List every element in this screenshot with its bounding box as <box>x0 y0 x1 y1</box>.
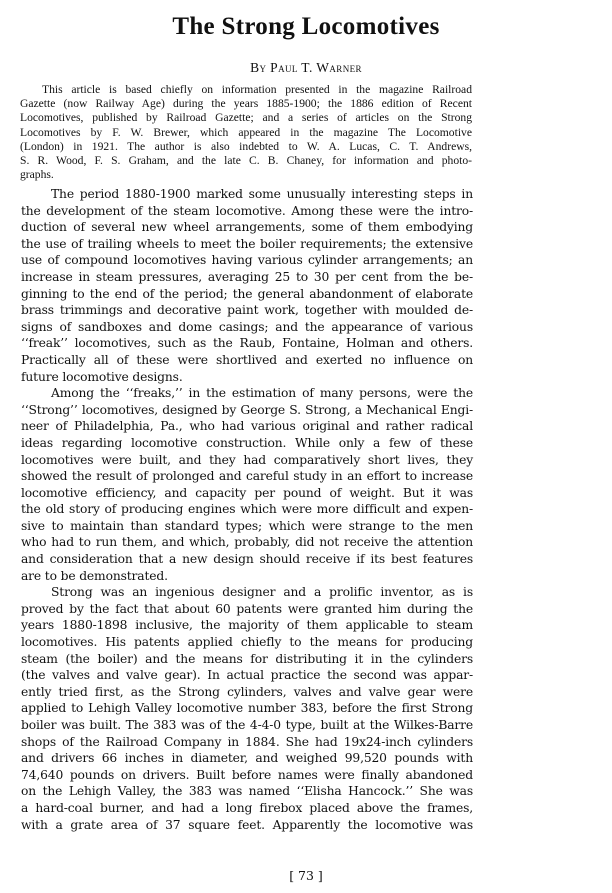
headnote-line: graphs. <box>20 168 472 182</box>
body-line: ently tried first, as the Strong cylinde… <box>21 684 473 701</box>
body-line: neer of Philadelphia, Pa., who had vario… <box>21 418 473 435</box>
paragraph-2: Among the ‘‘freaks,’’ in the estimation … <box>21 385 473 584</box>
body-line: who had to run them, and which, probably… <box>21 534 473 551</box>
headnote-line: S. R. Wood, F. S. Graham, and the late C… <box>20 154 472 168</box>
body-line: locomotives. His patents applied chiefly… <box>21 634 473 651</box>
body-line: use of compound locomotives having vario… <box>21 252 473 269</box>
body-line: the use of trailing wheels to meet the b… <box>21 236 473 253</box>
body-line: and drivers 66 inches in diameter, and w… <box>21 750 473 767</box>
body-line: proved by the fact that about 60 patents… <box>21 601 473 618</box>
body-line: future locomotive designs. <box>21 369 473 386</box>
byline: By Paul T. Warner <box>0 60 612 76</box>
body-line: duction of several new wheel arrangement… <box>21 219 473 236</box>
body-line: sive to maintain than standard types; wh… <box>21 518 473 535</box>
headnote-line: (London) in 1921. The author is also ind… <box>20 140 472 154</box>
headnote-line: Gazette (now Railway Age) during the yea… <box>20 97 472 111</box>
body-line: shops of the Railroad Company in 1884. S… <box>21 734 473 751</box>
body-line: 74,640 pounds on drivers. Built before n… <box>21 767 473 784</box>
body-line: applied to Lehigh Valley locomotive numb… <box>21 700 473 717</box>
author-name: Paul T. Warner <box>270 60 362 75</box>
body-line: a hard-coal burner, and had a long fireb… <box>21 800 473 817</box>
body-line: on the Lehigh Valley, the 383 was named … <box>21 783 473 800</box>
headnote-line: Locomotives, published by Railroad Gazet… <box>20 111 472 125</box>
article-body: The period 1880-1900 marked some unusual… <box>21 186 473 833</box>
paragraph-3: Strong was an ingenious designer and a p… <box>21 584 473 833</box>
body-line: signs of sandboxes and dome casings; and… <box>21 319 473 336</box>
body-line: locomotive efficiency, and capacity per … <box>21 485 473 502</box>
body-line: and consideration that a new design shou… <box>21 551 473 568</box>
body-line: increase in steam pressures, averaging 2… <box>21 269 473 286</box>
headnote-line: This article is based chiefly on informa… <box>20 83 472 97</box>
body-line: brass trimmings and decorative paint wor… <box>21 302 473 319</box>
headnote-line: Locomotives by F. W. Brewer, which appea… <box>20 126 472 140</box>
body-line: years 1880-1898 inclusive, the majority … <box>21 617 473 634</box>
body-line: The period 1880-1900 marked some unusual… <box>21 186 473 203</box>
article-title: The Strong Locomotives <box>0 13 612 41</box>
document-page: The Strong Locomotives By Paul T. Warner… <box>0 0 612 893</box>
paragraph-1: The period 1880-1900 marked some unusual… <box>21 186 473 385</box>
body-line: the development of the steam locomotive.… <box>21 203 473 220</box>
body-line: Strong was an ingenious designer and a p… <box>21 584 473 601</box>
body-line: ginning to the end of the period; the ge… <box>21 286 473 303</box>
body-line: Practically all of these were shortlived… <box>21 352 473 369</box>
body-line: steam (the boiler) and the means for dis… <box>21 651 473 668</box>
body-line: showed the result of prolonged and caref… <box>21 468 473 485</box>
body-line: Among the ‘‘freaks,’’ in the estimation … <box>21 385 473 402</box>
body-line: are to be demonstrated. <box>21 568 473 585</box>
body-line: (the valves and valve gear). In actual p… <box>21 667 473 684</box>
body-line: ‘‘freak’’ locomotives, such as the Raub,… <box>21 335 473 352</box>
body-line: ‘‘Strong’’ locomotives, designed by Geor… <box>21 402 473 419</box>
page-number: [ 73 ] <box>0 868 612 883</box>
body-line: the old story of producing engines which… <box>21 501 473 518</box>
body-line: locomotives were built, and they had com… <box>21 452 473 469</box>
body-line: boiler was built. The 383 was of the 4-4… <box>21 717 473 734</box>
byline-prefix: By <box>250 60 266 75</box>
headnote: This article is based chiefly on informa… <box>20 83 472 182</box>
body-line: ideas regarding locomotive construction.… <box>21 435 473 452</box>
body-line: with a grate area of 37 square feet. App… <box>21 817 473 834</box>
